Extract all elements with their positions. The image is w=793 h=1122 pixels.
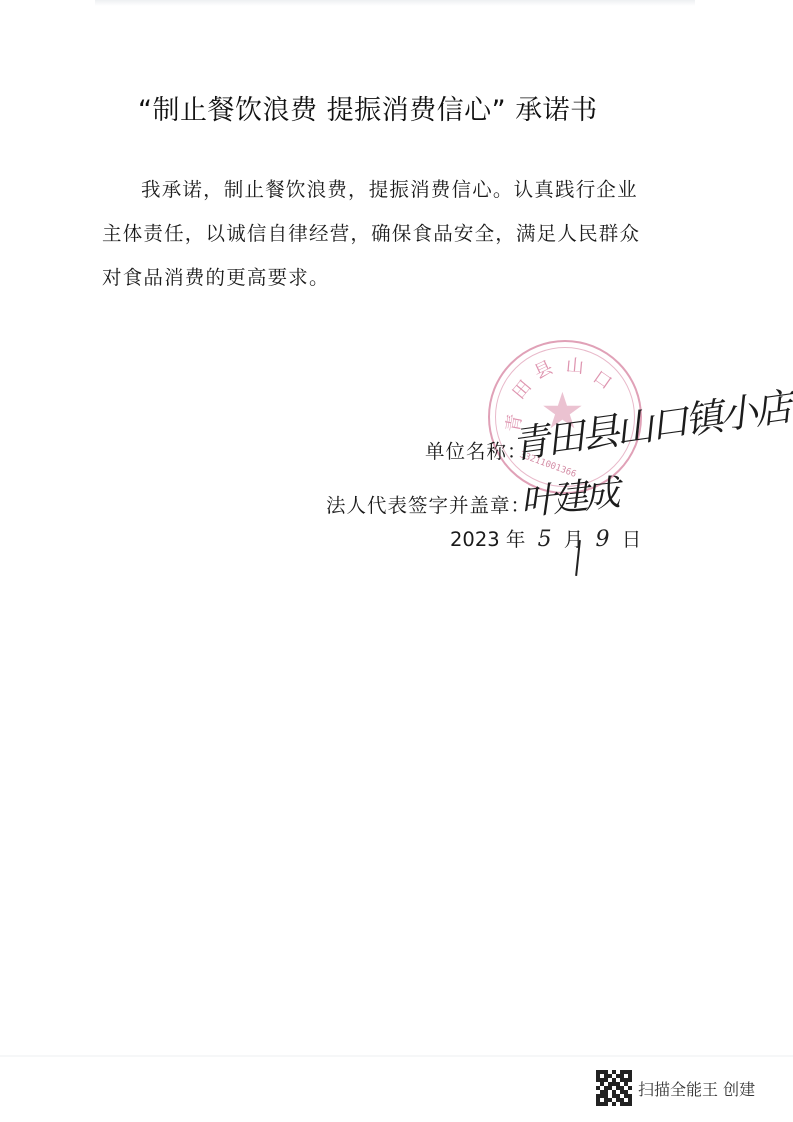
scan-edge-shadow (95, 0, 695, 6)
watermark-text: 扫描全能王 创建 (638, 1077, 755, 1100)
paragraph-line: 对食品消费的更高要求。 (102, 256, 702, 300)
date-day-handwritten: 9 (595, 527, 609, 552)
qr-code-icon (596, 1070, 632, 1106)
scan-edge-shadow (0, 1055, 793, 1057)
seal-char: 山 (565, 351, 585, 378)
date-year: 2023 (450, 528, 500, 551)
legal-rep-signature: 叶建成 (518, 465, 619, 526)
scanner-watermark: 扫描全能王 创建 (596, 1070, 755, 1106)
commitment-paragraph: 我承诺，制止餐饮浪费，提振消费信心。认真践行企业 主体责任，以诚信自律经营，确保… (102, 168, 702, 300)
date-month-handwritten: 5 (538, 527, 552, 552)
date-line: 2023 年 5 月 9 日 (450, 524, 641, 552)
document-title: “制止餐饮浪费 提振消费信心” 承诺书 (138, 88, 668, 127)
paragraph-line: 主体责任，以诚信自律经营，确保食品安全，满足人民群众 (102, 212, 702, 256)
date-year-suffix: 年 (506, 528, 526, 551)
paragraph-line: 我承诺，制止餐饮浪费，提振消费信心。认真践行企业 (102, 168, 702, 212)
legal-rep-label: 法人代表签字并盖章： (326, 490, 531, 518)
date-day-suffix: 日 (622, 528, 642, 551)
